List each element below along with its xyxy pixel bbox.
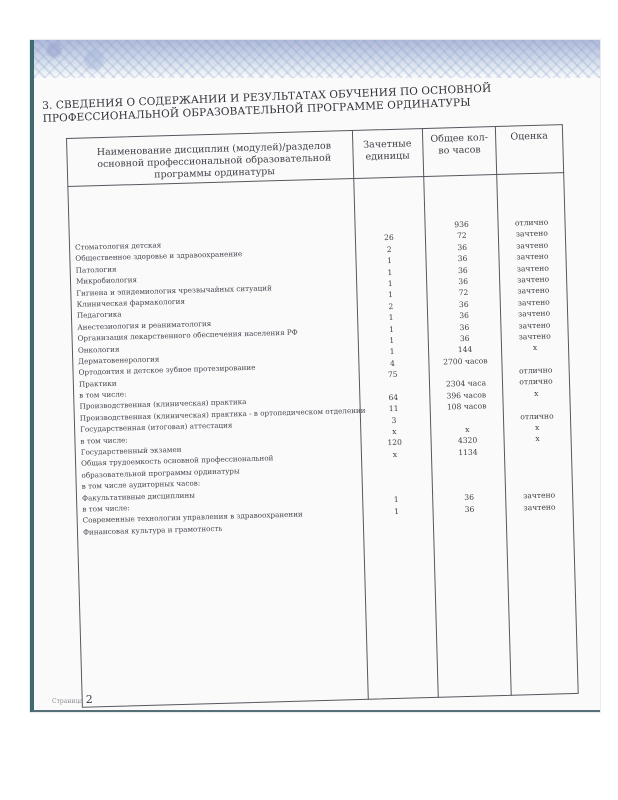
- header-grade: Оценка: [500, 130, 558, 144]
- header-discipline-name: Наименование дисциплин (модулей)/раздело…: [86, 140, 342, 183]
- decorative-guilloche-band: [34, 40, 600, 78]
- hours-column: 936723636363672363636361442700 часов2304…: [428, 218, 503, 527]
- document-page: 3. СВЕДЕНИЯ О СОДЕРЖАНИИ И РЕЗУЛЬТАТАХ О…: [30, 40, 600, 712]
- results-table: Наименование дисциплин (модулей)/раздело…: [66, 124, 579, 708]
- grade-column: отличнозачтенозачтенозачтенозачтенозачте…: [500, 216, 571, 525]
- discipline-names-column: Стоматология детскаяОбщественное здоровь…: [75, 234, 363, 538]
- page-label: Страница: [52, 698, 83, 705]
- page-footer: Страница 2: [52, 693, 93, 706]
- table-cell-credits: [367, 516, 427, 529]
- credits-column: 26211112111147564113х120х11: [358, 220, 427, 529]
- page-number: 2: [86, 693, 93, 706]
- table-cell-grade: [509, 512, 571, 525]
- section-title: 3. СВЕДЕНИЯ О СОДЕРЖАНИИ И РЕЗУЛЬТАТАХ О…: [42, 81, 543, 126]
- header-credits: Зачетные единицы: [358, 138, 417, 164]
- header-total-hours: Общее кол-во часов: [428, 132, 491, 158]
- table-cell-hours: [437, 514, 503, 527]
